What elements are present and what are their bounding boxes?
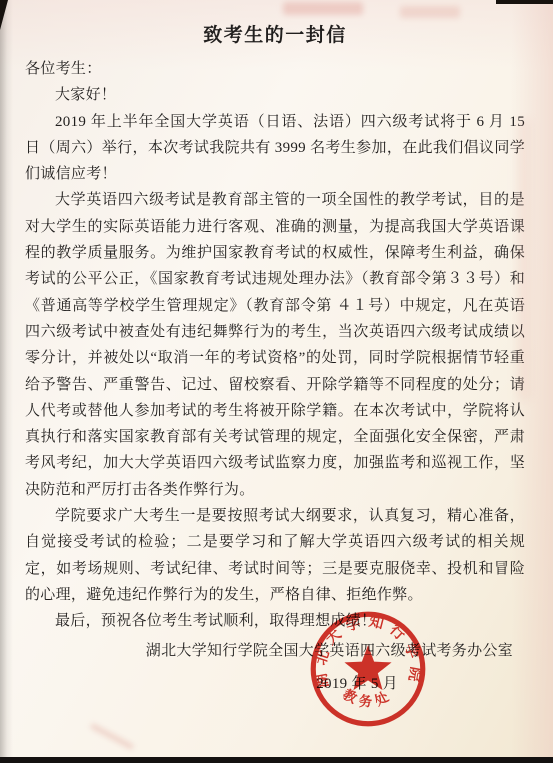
bleed-through-smudge [400,6,460,18]
letter-paragraph: 大学英语四六级考试是教育部主管的一项全国性的教学考试，目的是对大学生的实际英语能… [25,187,525,503]
salutation: 各位考生： [25,56,525,82]
scan-bar-bottom [0,757,553,763]
letter-body: 致考生的一封信 各位考生： 大家好！ 2019 年上半年全国大学英语（日语、法语… [25,0,525,635]
official-seal: 湖北大学知行学院 教务处 [306,607,430,731]
letter-title: 致考生的一封信 [25,20,525,47]
letter-paragraph: 最后，预祝各位考生考试顺利，取得理想成绩！ [25,608,525,634]
scan-bar-top-right [496,0,553,4]
bleed-through-smudge [518,120,530,400]
bleed-through-smudge [283,2,363,15]
letter-text-block: 各位考生： 大家好！ 2019 年上半年全国大学英语（日语、法语）四六级考试将于… [25,56,525,635]
greeting: 大家好！ [25,82,525,108]
page-edge-shadow [0,0,13,763]
seal-bottom-text: 教务处 [340,685,396,709]
seal-star-icon [344,645,391,690]
bleed-through-smudge [90,723,135,750]
letter-paragraph: 学院要求广大考生一是要按照考试大纲要求，认真复习，精心准备，自觉接受考试的检验；… [25,503,525,608]
scanned-letter-page: 致考生的一封信 各位考生： 大家好！ 2019 年上半年全国大学英语（日语、法语… [0,0,553,763]
letter-paragraph: 2019 年上半年全国大学英语（日语、法语）四六级考试将于 6 月 15 日（周… [25,109,525,188]
